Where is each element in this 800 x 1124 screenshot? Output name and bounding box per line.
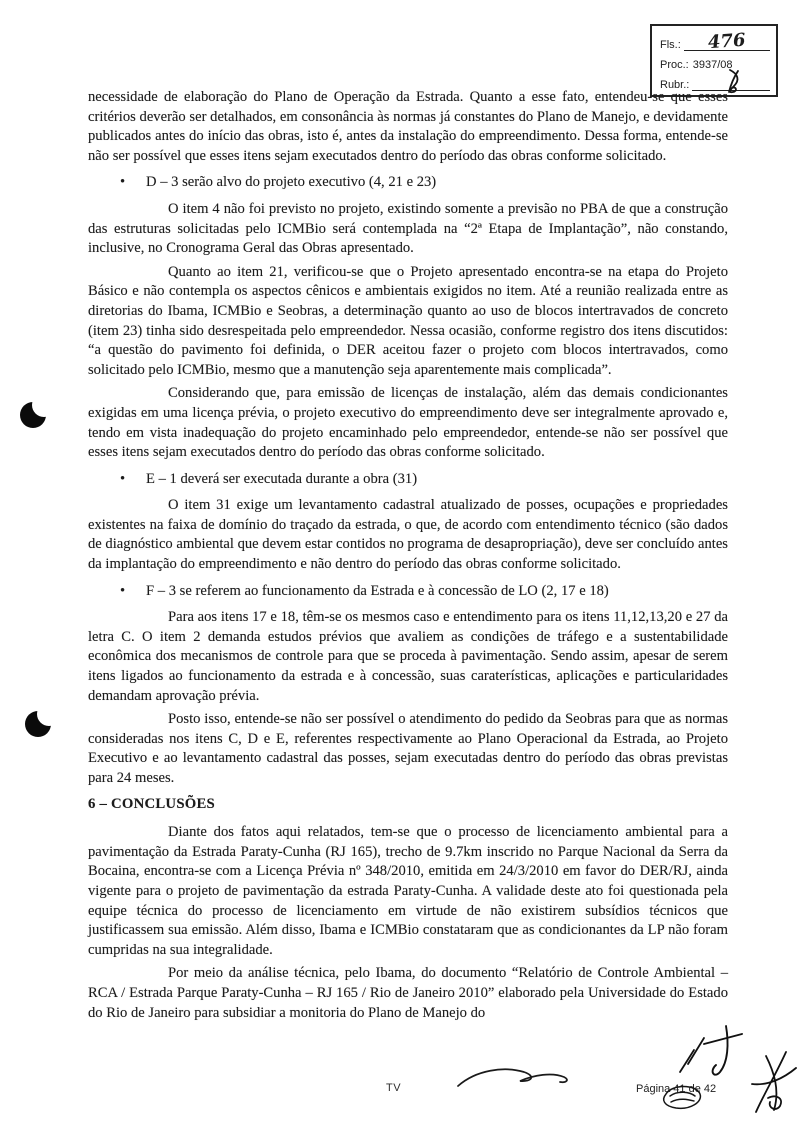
bullet-text: F – 3 se referem ao funcionamento da Est…: [146, 582, 609, 602]
scan-artifact-crescent-icon: [18, 396, 54, 436]
signature-scribble-icon: [452, 1062, 582, 1098]
bullet-text: E – 1 deverá ser executada durante a obr…: [146, 470, 417, 490]
footer-initials: TV: [386, 1082, 401, 1094]
paragraph: O item 4 não foi previsto no projeto, ex…: [88, 200, 728, 259]
paragraph: Quanto ao item 21, verificou-se que o Pr…: [88, 263, 728, 381]
bullet-item-d: • D – 3 serão alvo do projeto executivo …: [120, 173, 728, 193]
proc-label: Proc.:: [660, 59, 692, 71]
scanned-document-page: Fls.: 476 Proc.: 3937/08 Rubr.: necessid…: [0, 0, 800, 1124]
paragraph: Posto isso, entende-se não ser possível …: [88, 710, 728, 788]
paragraph: Considerando que, para emissão de licenç…: [88, 384, 728, 462]
paragraph: O item 31 exige um levantamento cadastra…: [88, 496, 728, 574]
fls-label: Fls.:: [660, 39, 684, 51]
paragraph-continuation: necessidade de elaboração do Plano de Op…: [88, 88, 728, 166]
bullet-item-e: • E – 1 deverá ser executada durante a o…: [120, 470, 728, 490]
document-body: necessidade de elaboração do Plano de Op…: [88, 88, 728, 1027]
stamp-proc-row: Proc.: 3937/08: [660, 51, 770, 71]
bullet-icon: •: [120, 470, 146, 490]
fls-value-line: 476: [684, 35, 770, 51]
bullet-icon: •: [120, 173, 146, 193]
stamp-fls-row: Fls.: 476: [660, 31, 770, 51]
process-stamp-box: Fls.: 476 Proc.: 3937/08 Rubr.:: [650, 24, 778, 97]
paragraph: Por meio da análise técnica, pelo Ibama,…: [88, 964, 728, 1023]
scan-artifact-crescent-icon: [22, 706, 58, 746]
fls-handwritten-value: 476: [708, 34, 746, 51]
paragraph: Para aos itens 17 e 18, têm-se os mesmos…: [88, 608, 728, 706]
handwritten-annotations-icon: [630, 1022, 800, 1122]
section-heading-conclusoes: 6 – CONCLUSÕES: [88, 795, 728, 815]
bullet-text: D – 3 serão alvo do projeto executivo (4…: [146, 173, 436, 193]
bullet-item-f: • F – 3 se referem ao funcionamento da E…: [120, 582, 728, 602]
paragraph: Diante dos fatos aqui relatados, tem-se …: [88, 823, 728, 960]
bullet-icon: •: [120, 582, 146, 602]
